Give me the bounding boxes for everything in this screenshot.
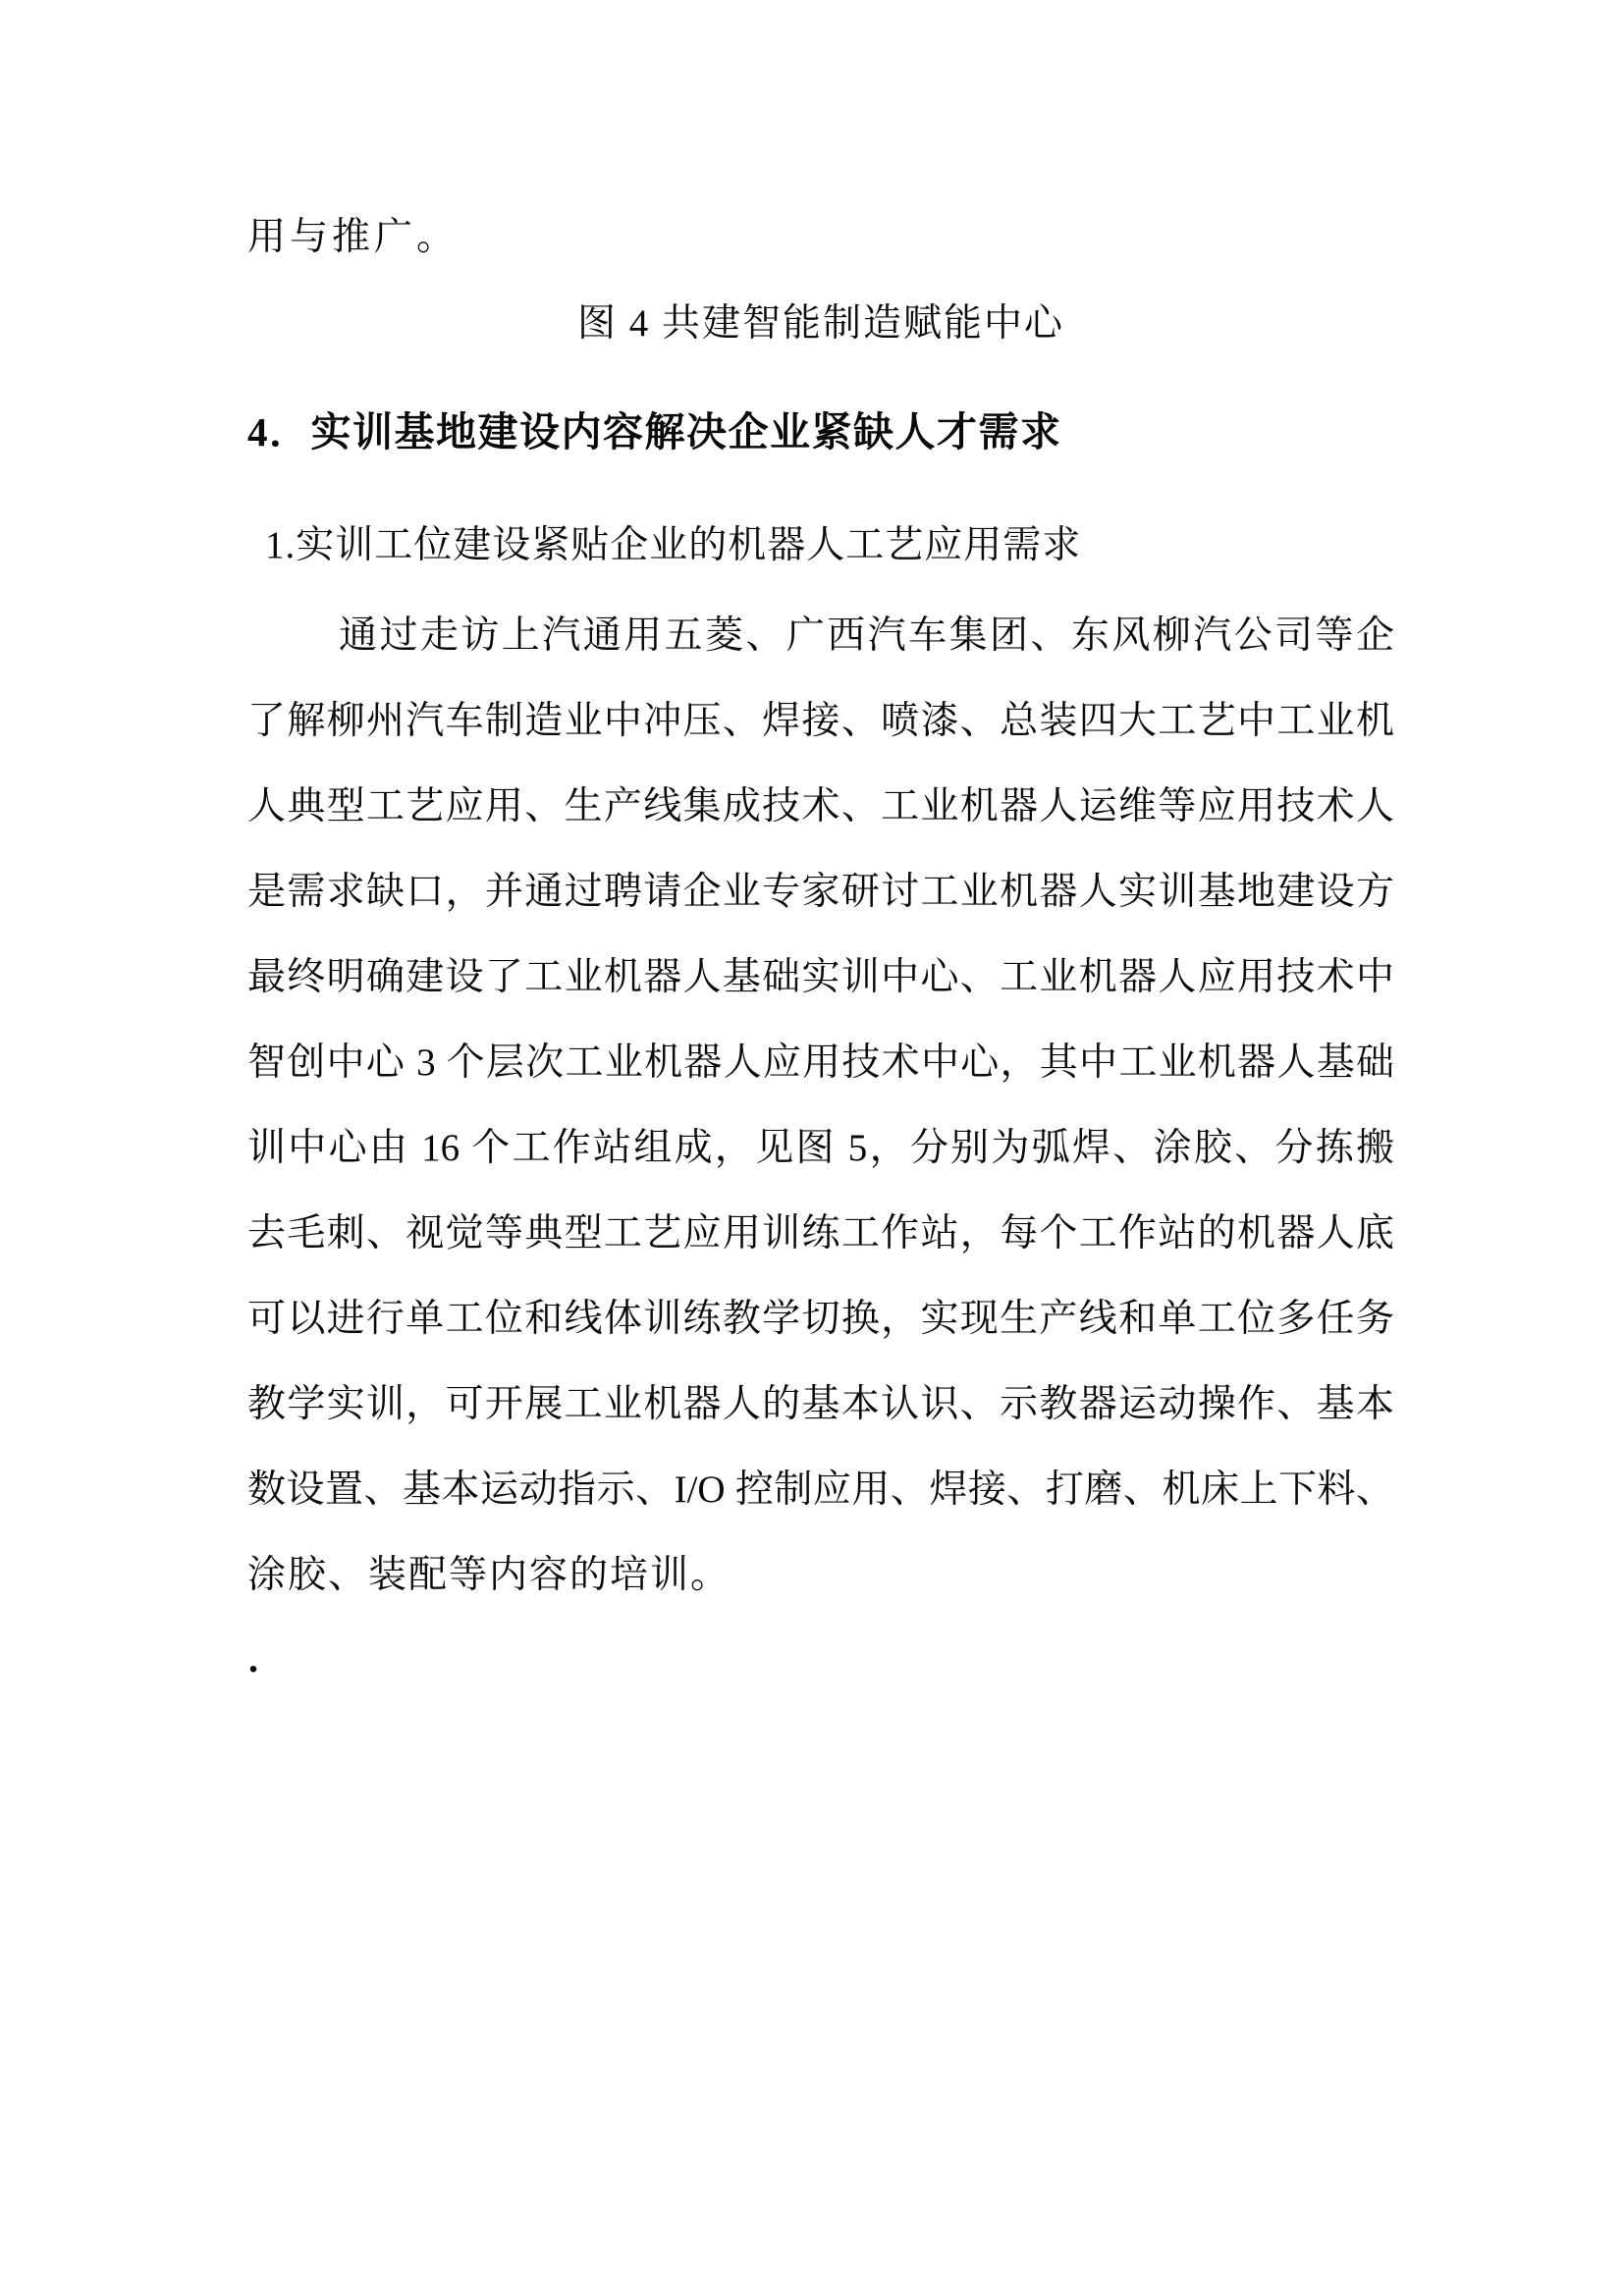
section-heading: 4．实训基地建设内容解决企业紧缺人才需求 [247, 400, 1062, 463]
paragraph-line: 可以进行单工位和线体训练教学切换，实现生产线和单工位多任务的 [247, 1276, 1394, 1362]
paragraph-line: 最终明确建设了工业机器人基础实训中心、工业机器人应用技术中心、 [247, 934, 1394, 1020]
paragraph-line: 数设置、基本运动指示、I/O 控制应用、焊接、打磨、机床上下料、 [247, 1447, 1394, 1532]
paragraph-line: 教学实训，可开展工业机器人的基本认识、示教器运动操作、基本参 [247, 1362, 1394, 1447]
subsection-heading: 1.实训工位建设紧贴企业的机器人工艺应用需求 [265, 516, 1081, 575]
paragraph-line: 是需求缺口，并通过聘请企业专家研讨工业机器人实训基地建设方案， [247, 849, 1394, 934]
paragraph-line: 去毛刺、视觉等典型工艺应用训练工作站，每个工作站的机器人底座 [247, 1191, 1394, 1276]
paragraph-line: 训中心由 16 个工作站组成，见图 5，分别为弧焊、涂胶、分拣搬运、 [247, 1105, 1394, 1191]
stray-period-mark: . [248, 1639, 258, 1679]
paragraph-line: 涂胶、装配等内容的培训。 [247, 1532, 1394, 1618]
paragraph-line: 了解柳州汽车制造业中冲压、焊接、喷漆、总装四大工艺中工业机器 [247, 678, 1394, 764]
figure-caption: 图 4 共建智能制造赋能中心 [247, 294, 1394, 353]
document-page: 用与推广。 图 4 共建智能制造赋能中心 4．实训基地建设内容解决企业紧缺人才需… [0, 0, 1624, 2296]
paragraph-line: 通过走访上汽通用五菱、广西汽车集团、东风柳汽公司等企业， [247, 593, 1394, 678]
paragraph-line: 人典型工艺应用、生产线集成技术、工业机器人运维等应用技术人才 [247, 764, 1394, 849]
body-paragraph: 通过走访上汽通用五菱、广西汽车集团、东风柳汽公司等企业， 了解柳州汽车制造业中冲… [247, 593, 1394, 1618]
previous-paragraph-ending: 用与推广。 [247, 208, 459, 267]
paragraph-line: 智创中心 3 个层次工业机器人应用技术中心，其中工业机器人基础实 [247, 1020, 1394, 1105]
